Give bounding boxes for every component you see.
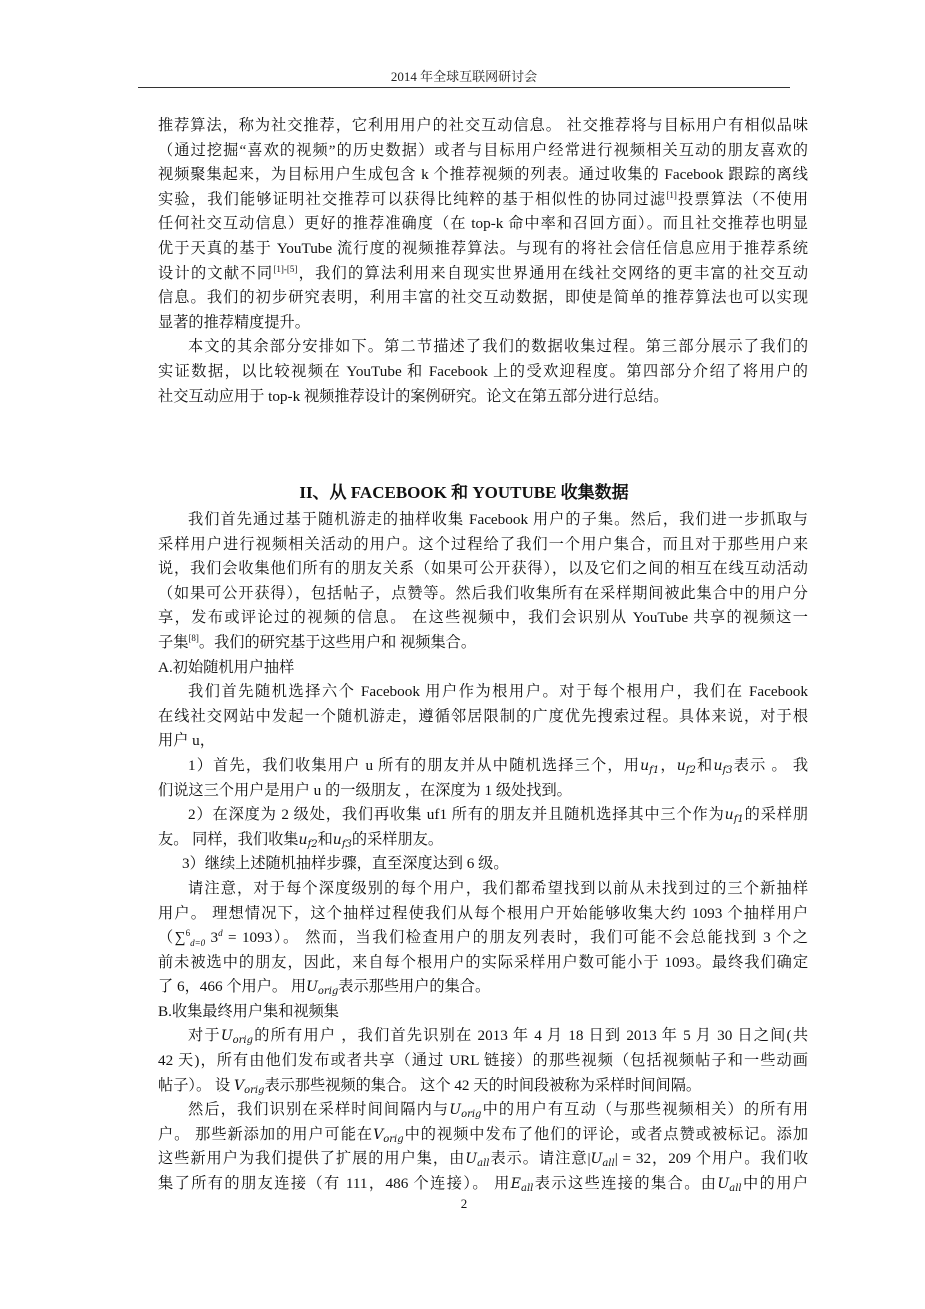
text-line: 推荐算法，称为社交推荐，它利用用户的社交互动信息。 社交推荐将与目标用户有相似品… (158, 114, 808, 139)
citation: [1]-[5] (273, 264, 297, 274)
text-line: 享，发布或评论过的视频的信息。 在这些视频中，我们会识别从 YouTube 共享… (158, 606, 808, 631)
header-rule (138, 87, 790, 88)
text-line: 在线社交网站中发起一个随机游走，遵循邻居限制的广度优先搜索过程。具体来说，对于根 (158, 705, 808, 730)
text-line: 说，我们会收集他们所有的朋友关系（如果可公开获得），以及它们之间的相互在线互动活… (158, 557, 808, 582)
math-u-f3: uf3 (713, 758, 732, 774)
text-line: 信息。我们的初步研究表明，利用丰富的社交互动数据，即使是简单的推荐算法也可以实现 (158, 286, 808, 311)
citation: [1] (666, 190, 677, 200)
text-line: 户。 那些新添加的用户可能在Vorig中的视频中发布了他们的评论，或者点赞或被标… (158, 1123, 808, 1148)
section2-body: 我们首先通过基于随机游走的抽样收集 Facebook 用户的子集。然后，我们进一… (158, 508, 808, 1197)
text-line: 们说这三个用户是用户 u 的一级朋友 ，在深度为 1 级处找到。 (158, 779, 808, 804)
citation: [8] (188, 633, 199, 643)
text-line: 友。 同样，我们收集uf2和uf3的采样朋友。 (158, 828, 808, 853)
text-line: （通过挖掘“喜欢的视频”的历史数据）或者与目标用户经常进行视频相关互动的朋友喜欢… (158, 139, 808, 164)
text-line: 42 天)，所有由他们发布或者共享（通过 URL 链接）的那些视频（包括视频帖子… (158, 1049, 808, 1074)
text-line: 采样用户进行视频相关活动的用户。这个过程给了我们一个用户集合，而且对于那些用户来 (158, 533, 808, 558)
step-1: 1）首先，我们收集用户 u 所有的朋友并从中随机选择三个，用uf1，uf2和uf… (158, 754, 808, 779)
text-line: 视频聚集起来，为目标用户生成包含 k 个推荐视频的列表。通过收集的 Facebo… (158, 163, 808, 188)
text-line: 我们首先通过基于随机游走的抽样收集 Facebook 用户的子集。然后，我们进一… (158, 508, 808, 533)
text-line: 这些新用户为我们提供了扩展的用户集，由Uall表示。请注意|Uall| = 32… (158, 1147, 808, 1172)
text-line: 实证数据，以比较视频在 YouTube 和 Facebook 上的受欢迎程度。第… (158, 360, 808, 385)
math-u-f2: uf2 (677, 758, 696, 774)
text-line: 用户 u， (158, 729, 808, 754)
page-number: 2 (138, 1196, 790, 1212)
text-line: 实验，我们能够证明社交推荐可以获得比纯粹的基于相似性的协同过滤[1]投票算法（不… (158, 188, 808, 213)
text-line: 任何社交互动信息）更好的推荐准确度（在 top-k 命中率和召回方面）。而且社交… (158, 212, 808, 237)
text-line: 社交互动应用于 top-k 视频推荐设计的案例研究。论文在第五部分进行总结。 (158, 385, 808, 410)
section-heading: II、从 FACEBOOK 和 YOUTUBE 收集数据 (138, 478, 790, 503)
text-line: 优于天真的基于 YouTube 流行度的视频推荐算法。与现有的将社会信任信息应用… (158, 237, 808, 262)
formula-line: （∑6d=0 3d = 1093）。 然而，当我们检查用户的朋友列表时，我们可能… (158, 926, 808, 951)
step-2: 2）在深度为 2 级处，我们再收集 uf1 所有的朋友并且随机选择其中三个作为u… (158, 803, 808, 828)
text-line: 前未被选中的朋友，因此，来自每个根用户的实际采样用户数可能小于 1093。最终我… (158, 951, 808, 976)
text-line: 然后，我们识别在采样时间间隔内与Uorig中的用户有互动（与那些视频相关）的所有… (158, 1098, 808, 1123)
text-line: 了 6，466 个用户。 用Uorig表示那些用户的集合。 (158, 975, 808, 1000)
text-line: 对于Uorig的所有用户 ，我们首先识别在 2013 年 4 月 18 日到 2… (158, 1024, 808, 1049)
text-line: 我们首先随机选择六个 Facebook 用户作为根用户。对于每个根用户，我们在 … (158, 680, 808, 705)
text-line: 子集[8]。我们的研究基于这些用户和 视频集合。 (158, 631, 808, 656)
text-line: 本文的其余部分安排如下。第二节描述了我们的数据收集过程。第三部分展示了我们的 (158, 335, 808, 360)
step-3: 3）继续上述随机抽样步骤，直至深度达到 6 级。 (158, 852, 808, 877)
intro-paragraph: 推荐算法，称为社交推荐，它利用用户的社交互动信息。 社交推荐将与目标用户有相似品… (158, 114, 808, 409)
text-line: （如果可公开获得），包括帖子，点赞等。然后我们收集所有在采样期间被此集合中的用户… (158, 582, 808, 607)
running-header: 2014 年全球互联网研讨会 (138, 66, 790, 85)
subsection-title-a: A.初始随机用户抽样 (158, 656, 808, 681)
text-line: 集了所有的朋友连接（有 111，486 个连接）。 用Eall表示这些连接的集合… (158, 1172, 808, 1197)
text-line: 用户。 理想情况下，这个抽样过程使我们从每个根用户开始能够收集大约 1093 个… (158, 902, 808, 927)
math-u-f1: uf1 (640, 758, 659, 774)
text-line: 显著的推荐精度提升。 (158, 311, 808, 336)
subsection-title-b: B.收集最终用户集和视频集 (158, 1000, 808, 1025)
text-line: 帖子）。 设 Vorig表示那些视频的集合。 这个 42 天的时间段被称为采样时… (158, 1074, 808, 1099)
text-line: 请注意，对于每个深度级别的每个用户，我们都希望找到以前从未找到过的三个新抽样 (158, 877, 808, 902)
text-line: 设计的文献不同[1]-[5]，我们的算法利用来自现实世界通用在线社交网络的更丰富… (158, 262, 808, 287)
